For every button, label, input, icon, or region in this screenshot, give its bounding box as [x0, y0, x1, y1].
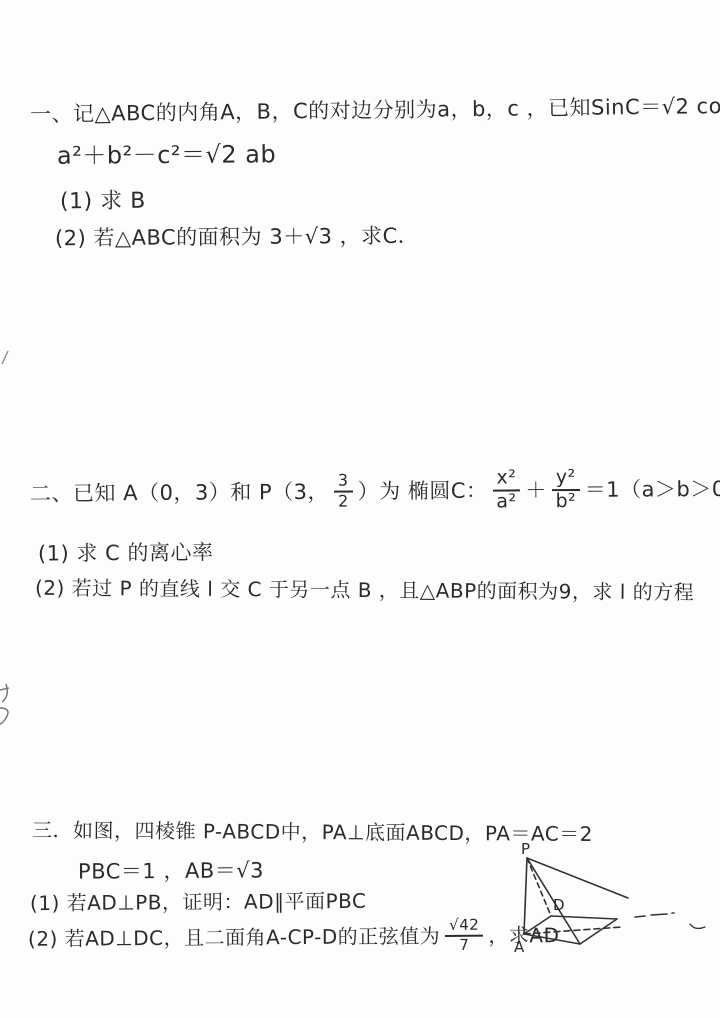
problem2-line1-mid: ）为 椭圆C： [358, 477, 488, 504]
vertex-label-a: A [514, 938, 524, 956]
problem3-line2: PBC＝1 ，AB＝√3 [78, 857, 264, 885]
problem3-part2: (2) 若AD⊥DC，且二面角A-CP-D的正弦值为 √42 7 ，求AD [28, 914, 560, 960]
problem1-formula: a²＋b²－c²＝√2 ab [57, 139, 276, 171]
problem2-part1: (1) 求 C 的离心率 [38, 539, 214, 566]
vertex-label-p: P [521, 840, 530, 858]
pyramid-figure: P D A [495, 838, 711, 970]
problem1-part1: (1) 求 B [60, 188, 146, 216]
problem3-part1: (1) 若AD⊥PB，证明：AD∥平面PBC [30, 889, 367, 916]
problem2-line1-end: ＝1（a＞b＞0）上两点． [585, 475, 720, 503]
worksheet-page: 一、记△ABC的内角A，B，C的对边分别为a，b，c ，已知SinC＝√2 co… [0, 0, 720, 1018]
margin-mark-clipped-character [0, 682, 14, 730]
problem1-line1: 一、记△ABC的内角A，B，C的对边分别为a，b，c ，已知SinC＝√2 co… [30, 92, 720, 127]
vertex-label-d: D [553, 896, 565, 914]
margin-mark-small [0, 348, 12, 368]
problem2-part2: (2) 若过 P 的直线 l 交 C 于另一点 B ，且△ABP的面积为9，求 … [35, 576, 694, 606]
problem3-part2-start: (2) 若AD⊥DC，且二面角A-CP-D的正弦值为 [28, 923, 440, 951]
sine-value-fraction: √42 7 [445, 918, 483, 954]
p-coordinate-fraction: 3 2 [334, 473, 353, 511]
problem2-line1-start: 二、已知 A（0，3）和 P（3， [30, 479, 329, 507]
ellipse-x-fraction: x² a² [492, 468, 520, 512]
ellipse-y-fraction: y² b² [552, 468, 580, 512]
problem1-part2: (2) 若△ABC的面积为 3＋√3 ，求C． [55, 223, 419, 252]
plus-sign: ＋ [525, 477, 547, 503]
problem2-line1: 二、已知 A（0，3）和 P（3， 3 2 ）为 椭圆C： x² a² ＋ y²… [30, 455, 720, 527]
